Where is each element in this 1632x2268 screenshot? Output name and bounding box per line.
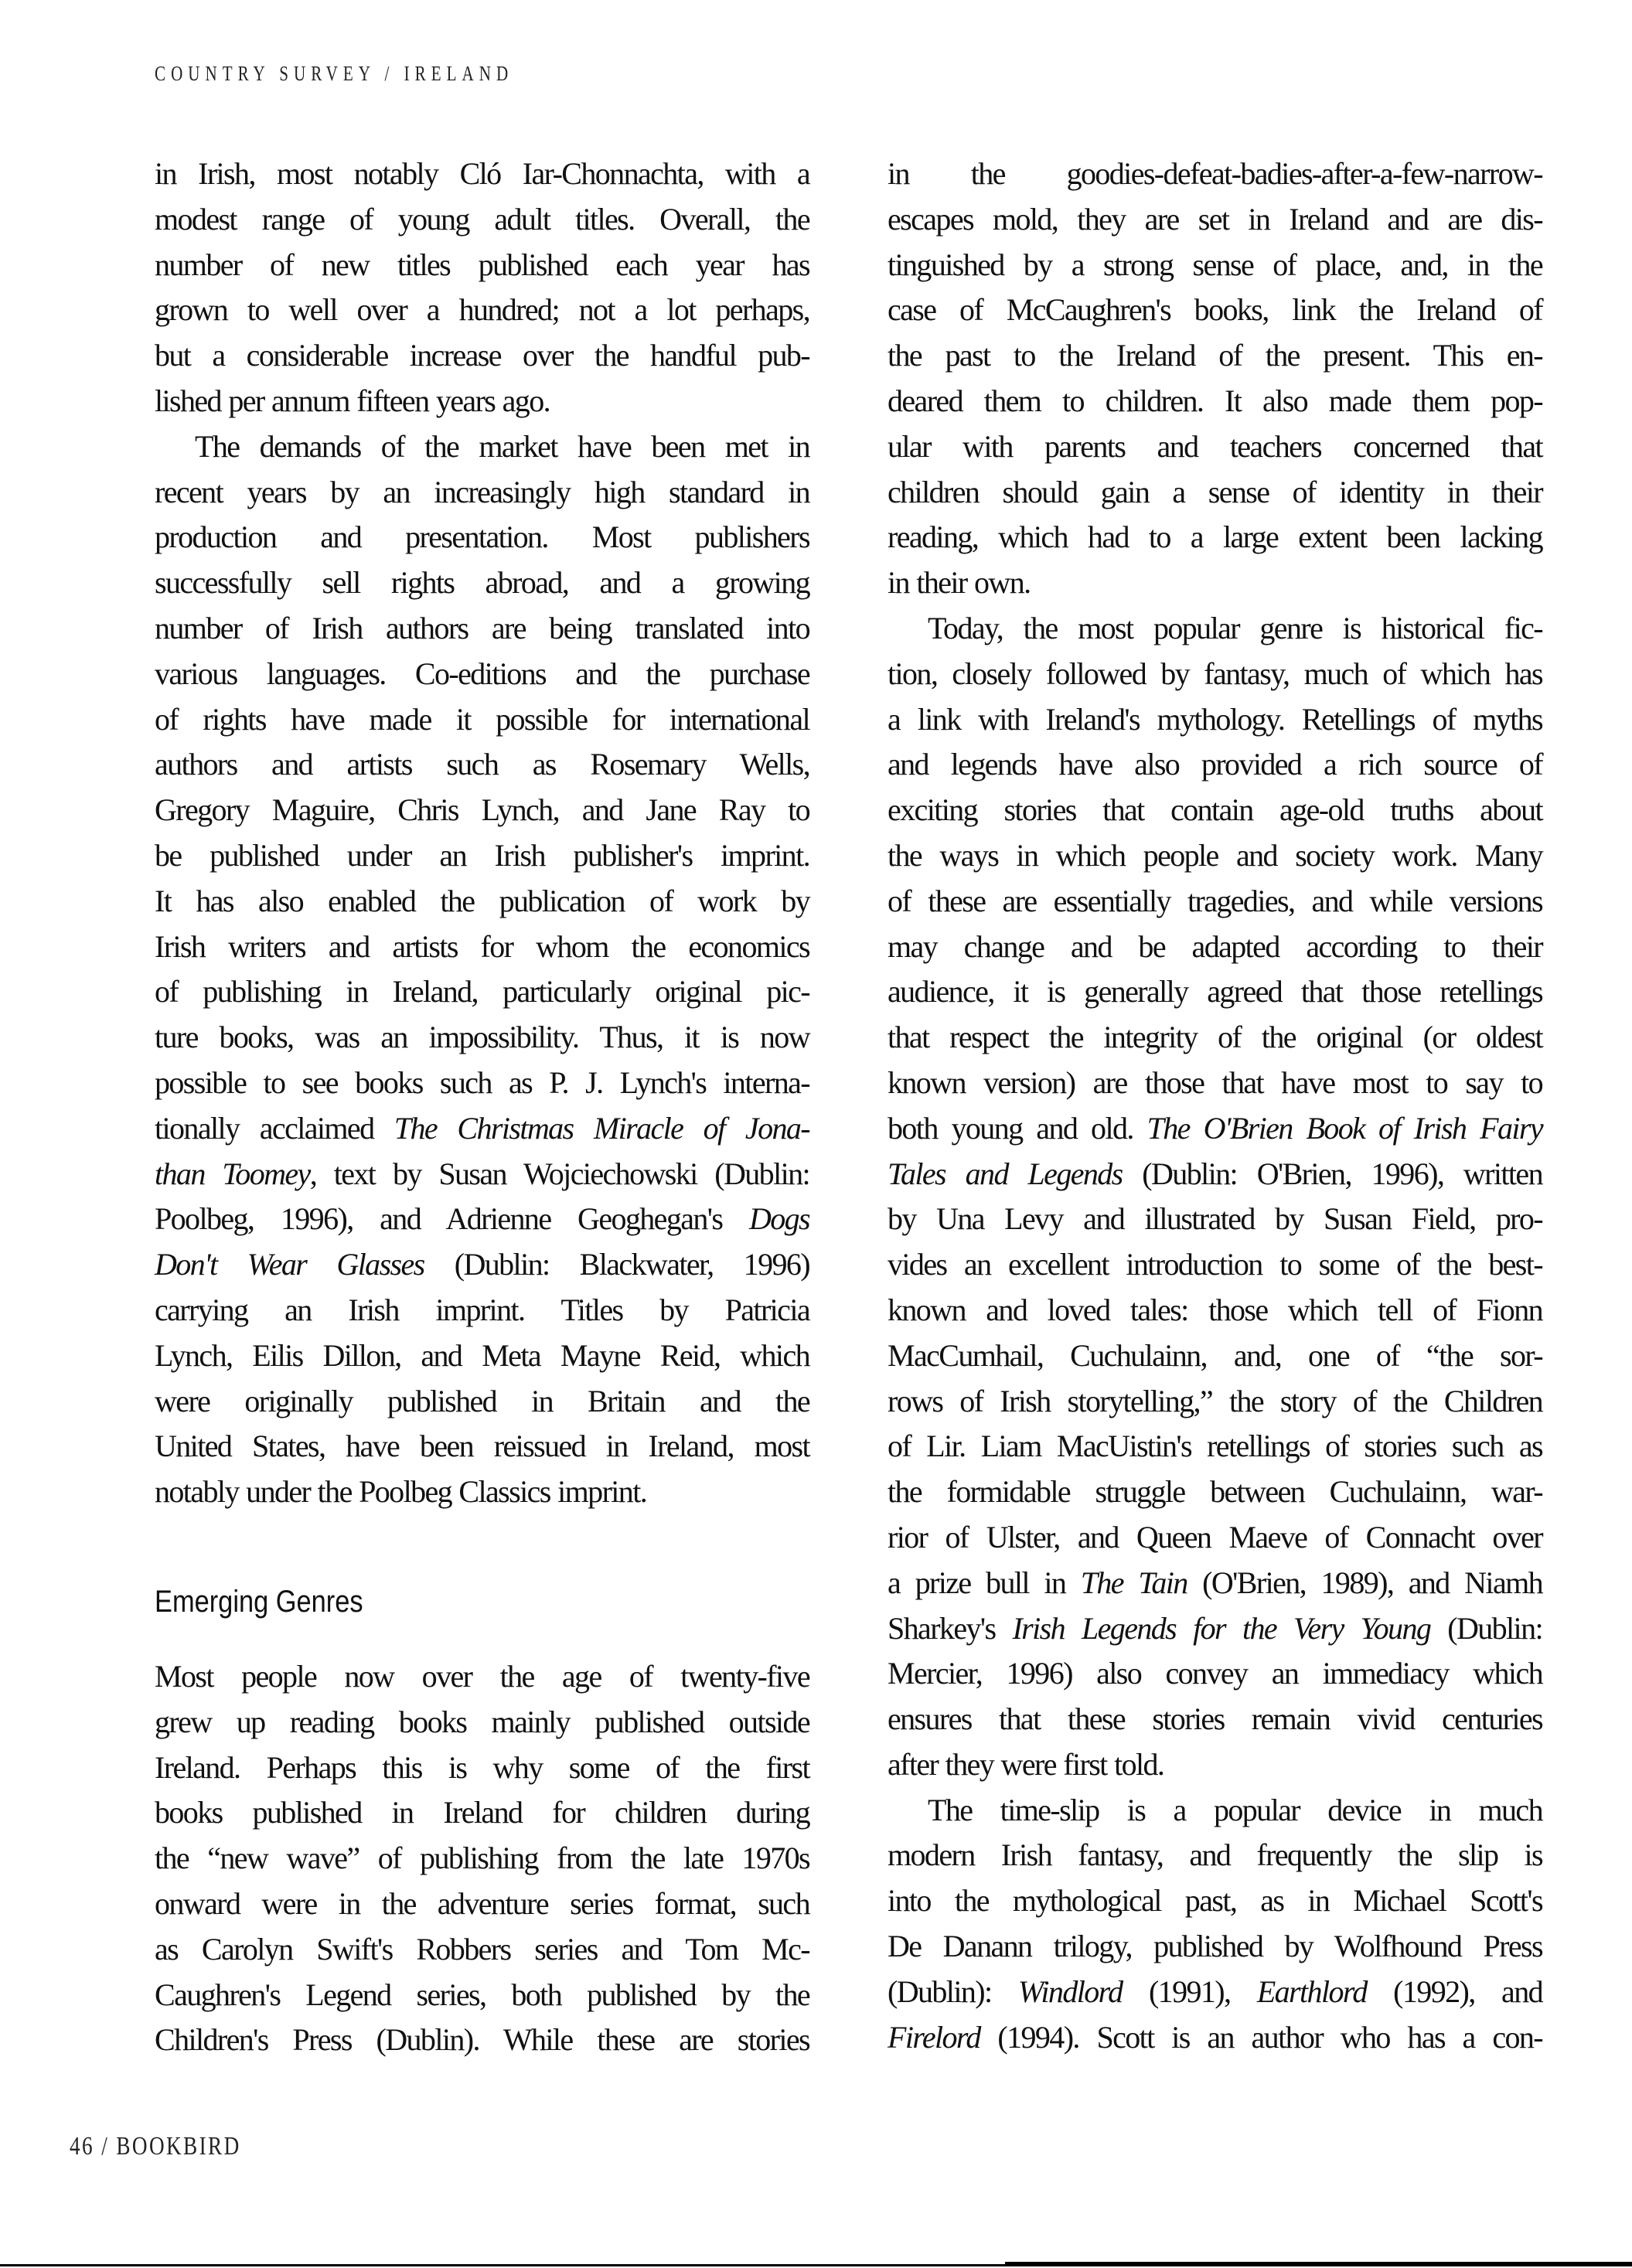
paragraph: in the goodies-defeat-badies-after-a-few… xyxy=(888,152,1542,606)
text-line: Today, the most popular genre is histori… xyxy=(888,606,1542,652)
text-line: the ways in which people and society wor… xyxy=(888,833,1542,879)
text-line: of these are essentially tragedies, and … xyxy=(888,879,1542,925)
text-line: Sharkey's Irish Legends for the Very You… xyxy=(888,1606,1542,1652)
text-line: rior of Ulster, and Queen Maeve of Conna… xyxy=(888,1515,1542,1561)
text-line: possible to see books such as P. J. Lync… xyxy=(155,1061,809,1106)
text-line: United States, have been reissued in Ire… xyxy=(155,1424,809,1469)
text-line: were originally published in Britain and… xyxy=(155,1379,809,1425)
text-line: grew up reading books mainly published o… xyxy=(155,1700,809,1745)
text-line: Tales and Legends (Dublin: O'Brien, 1996… xyxy=(888,1152,1542,1197)
text-line: Caughren's Legend series, both published… xyxy=(155,1973,809,2018)
running-head: COUNTRY SURVEY / IRELAND xyxy=(155,62,513,86)
text-line: the past to the Ireland of the present. … xyxy=(888,333,1542,379)
text-line: authors and artists such as Rosemary Wel… xyxy=(155,742,809,788)
book-title: Irish Legends for the Very Young xyxy=(1012,1611,1430,1646)
text-line: Irish writers and artists for whom the e… xyxy=(155,925,809,970)
text-line: be published under an Irish publisher's … xyxy=(155,833,809,879)
text-run: both young and old. xyxy=(888,1111,1147,1146)
book-title: The Tain xyxy=(1081,1565,1187,1600)
text-line: deared them to children. It also made th… xyxy=(888,379,1542,424)
text-line: recent years by an increasingly high sta… xyxy=(155,470,809,516)
bottom-rule-thick xyxy=(1005,2262,1632,2266)
text-line: The demands of the market have been met … xyxy=(155,424,809,470)
text-line: vides an excellent introduction to some … xyxy=(888,1242,1542,1288)
text-line: escapes mold, they are set in Ireland an… xyxy=(888,197,1542,243)
text-line: in the goodies-defeat-badies-after-a-few… xyxy=(888,152,1542,197)
book-title: The O'Brien Book of Irish Fairy xyxy=(1147,1111,1542,1146)
text-line: by Una Levy and illustrated by Susan Fie… xyxy=(888,1197,1542,1242)
text-line: modern Irish fantasy, and frequently the… xyxy=(888,1833,1542,1878)
text-line: children should gain a sense of identity… xyxy=(888,470,1542,516)
text-line: rows of Irish storytelling,” the story o… xyxy=(888,1379,1542,1425)
page-folio: 46 / BOOKBIRD xyxy=(70,2132,241,2161)
text-line: number of new titles published each year… xyxy=(155,243,809,288)
text-line: known and loved tales: those which tell … xyxy=(888,1288,1542,1333)
text-run: , text by Susan Wojciechowski (Dublin: xyxy=(310,1156,809,1191)
text-line: MacCumhail, Cuchulainn, and, one of “the… xyxy=(888,1333,1542,1379)
text-line: than Toomey, text by Susan Wojciechowski… xyxy=(155,1152,809,1197)
text-line: of rights have made it possible for inte… xyxy=(155,697,809,743)
text-run: tionally acclaimed xyxy=(155,1111,394,1146)
left-column: in Irish, most notably Cló Iar-Chonnacht… xyxy=(155,152,809,1515)
text-line: in Irish, most notably Cló Iar-Chonnacht… xyxy=(155,152,809,197)
text-line: but a considerable increase over the han… xyxy=(155,333,809,379)
left-column-continued: Most people now over the age of twenty-f… xyxy=(155,1654,809,2063)
text-line: Most people now over the age of twenty-f… xyxy=(155,1654,809,1700)
text-line: Don't Wear Glasses (Dublin: Blackwater, … xyxy=(155,1242,809,1288)
text-line: The time-slip is a popular device in muc… xyxy=(888,1788,1542,1834)
text-line: ensures that these stories remain vivid … xyxy=(888,1697,1542,1742)
text-line: after they were first told. xyxy=(888,1742,1542,1788)
text-line: modest range of young adult titles. Over… xyxy=(155,197,809,243)
paragraph: Today, the most popular genre is histori… xyxy=(888,606,1542,1788)
text-run: (Dublin: O'Brien, 1996), written xyxy=(1123,1156,1542,1191)
text-line: reading, which had to a large extent bee… xyxy=(888,515,1542,560)
text-line: the “new wave” of publishing from the la… xyxy=(155,1836,809,1881)
book-title: Earthlord xyxy=(1257,1974,1367,2009)
text-line: into the mythological past, as in Michae… xyxy=(888,1878,1542,1924)
text-line: that respect the integrity of the origin… xyxy=(888,1015,1542,1061)
text-line: tionally acclaimed The Christmas Miracle… xyxy=(155,1106,809,1152)
text-line: production and presentation. Most publis… xyxy=(155,515,809,560)
paragraph: in Irish, most notably Cló Iar-Chonnacht… xyxy=(155,152,809,424)
text-line: both young and old. The O'Brien Book of … xyxy=(888,1106,1542,1152)
text-run: (1994). Scott is an author who has a con… xyxy=(980,2020,1542,2055)
paragraph: The demands of the market have been met … xyxy=(155,424,809,1515)
text-line: a prize bull in The Tain (O'Brien, 1989)… xyxy=(888,1561,1542,1606)
text-run: (1992), and xyxy=(1367,1974,1542,2009)
text-line: and legends have also provided a rich so… xyxy=(888,742,1542,788)
text-line: lished per annum fifteen years ago. xyxy=(155,379,809,424)
text-run: (Dublin): xyxy=(888,1974,1018,2009)
text-line: grown to well over a hundred; not a lot … xyxy=(155,288,809,333)
text-line: of Lir. Liam MacUistin's retellings of s… xyxy=(888,1424,1542,1469)
text-line: a link with Ireland's mythology. Retelli… xyxy=(888,697,1542,743)
text-run: (O'Brien, 1989), and Niamh xyxy=(1187,1565,1542,1600)
text-line: carrying an Irish imprint. Titles by Pat… xyxy=(155,1288,809,1333)
text-run: (Dublin: Blackwater, 1996) xyxy=(424,1247,809,1282)
text-line: Mercier, 1996) also convey an immediacy … xyxy=(888,1651,1542,1697)
text-line: number of Irish authors are being transl… xyxy=(155,606,809,652)
book-title: Windlord xyxy=(1018,1974,1123,2009)
text-run: Sharkey's xyxy=(888,1611,1012,1646)
section-heading: Emerging Genres xyxy=(155,1585,363,1619)
right-column: in the goodies-defeat-badies-after-a-few… xyxy=(888,152,1542,2060)
text-line: exciting stories that contain age-old tr… xyxy=(888,788,1542,833)
text-line: as Carolyn Swift's Robbers series and To… xyxy=(155,1927,809,1973)
book-title: Dogs xyxy=(749,1201,809,1236)
text-run: a prize bull in xyxy=(888,1565,1081,1600)
text-line: tion, closely followed by fantasy, much … xyxy=(888,652,1542,697)
text-line: Lynch, Eilis Dillon, and Meta Mayne Reid… xyxy=(155,1333,809,1379)
book-title: Tales and Legends xyxy=(888,1156,1123,1191)
text-line: Firelord (1994). Scott is an author who … xyxy=(888,2015,1542,2061)
text-run: (Dublin: xyxy=(1430,1611,1542,1646)
text-line: case of McCaughren's books, link the Ire… xyxy=(888,288,1542,333)
text-line: the formidable struggle between Cuchulai… xyxy=(888,1469,1542,1515)
text-line: Ireland. Perhaps this is why some of the… xyxy=(155,1745,809,1791)
text-line: various languages. Co-editions and the p… xyxy=(155,652,809,697)
text-line: ture books, was an impossibility. Thus, … xyxy=(155,1015,809,1061)
text-line: tinguished by a strong sense of place, a… xyxy=(888,243,1542,288)
text-line: successfully sell rights abroad, and a g… xyxy=(155,560,809,606)
text-line: ular with parents and teachers concerned… xyxy=(888,424,1542,470)
text-line: Gregory Maguire, Chris Lynch, and Jane R… xyxy=(155,788,809,833)
text-line: Poolbeg, 1996), and Adrienne Geoghegan's… xyxy=(155,1197,809,1242)
text-line: books published in Ireland for children … xyxy=(155,1790,809,1836)
text-line: De Danann trilogy, published by Wolfhoun… xyxy=(888,1924,1542,1970)
text-line: notably under the Poolbeg Classics impri… xyxy=(155,1469,809,1515)
book-title: Don't Wear Glasses xyxy=(155,1247,424,1282)
text-line: of publishing in Ireland, particularly o… xyxy=(155,969,809,1015)
book-title: than Toomey xyxy=(155,1156,310,1191)
text-line: known version) are those that have most … xyxy=(888,1061,1542,1106)
text-line: (Dublin): Windlord (1991), Earthlord (19… xyxy=(888,1970,1542,2015)
text-run: Poolbeg, 1996), and Adrienne Geoghegan's xyxy=(155,1201,749,1236)
text-line: may change and be adapted according to t… xyxy=(888,925,1542,970)
text-line: Children's Press (Dublin). While these a… xyxy=(155,2018,809,2063)
text-line: audience, it is generally agreed that th… xyxy=(888,969,1542,1015)
book-title: The Christmas Miracle of Jona- xyxy=(394,1111,809,1146)
paragraph: The time-slip is a popular device in muc… xyxy=(888,1788,1542,2061)
text-line: in their own. xyxy=(888,560,1542,606)
text-line: It has also enabled the publication of w… xyxy=(155,879,809,925)
text-run: (1991), xyxy=(1123,1974,1257,2009)
book-title: Firelord xyxy=(888,2020,980,2055)
text-line: onward were in the adventure series form… xyxy=(155,1881,809,1927)
